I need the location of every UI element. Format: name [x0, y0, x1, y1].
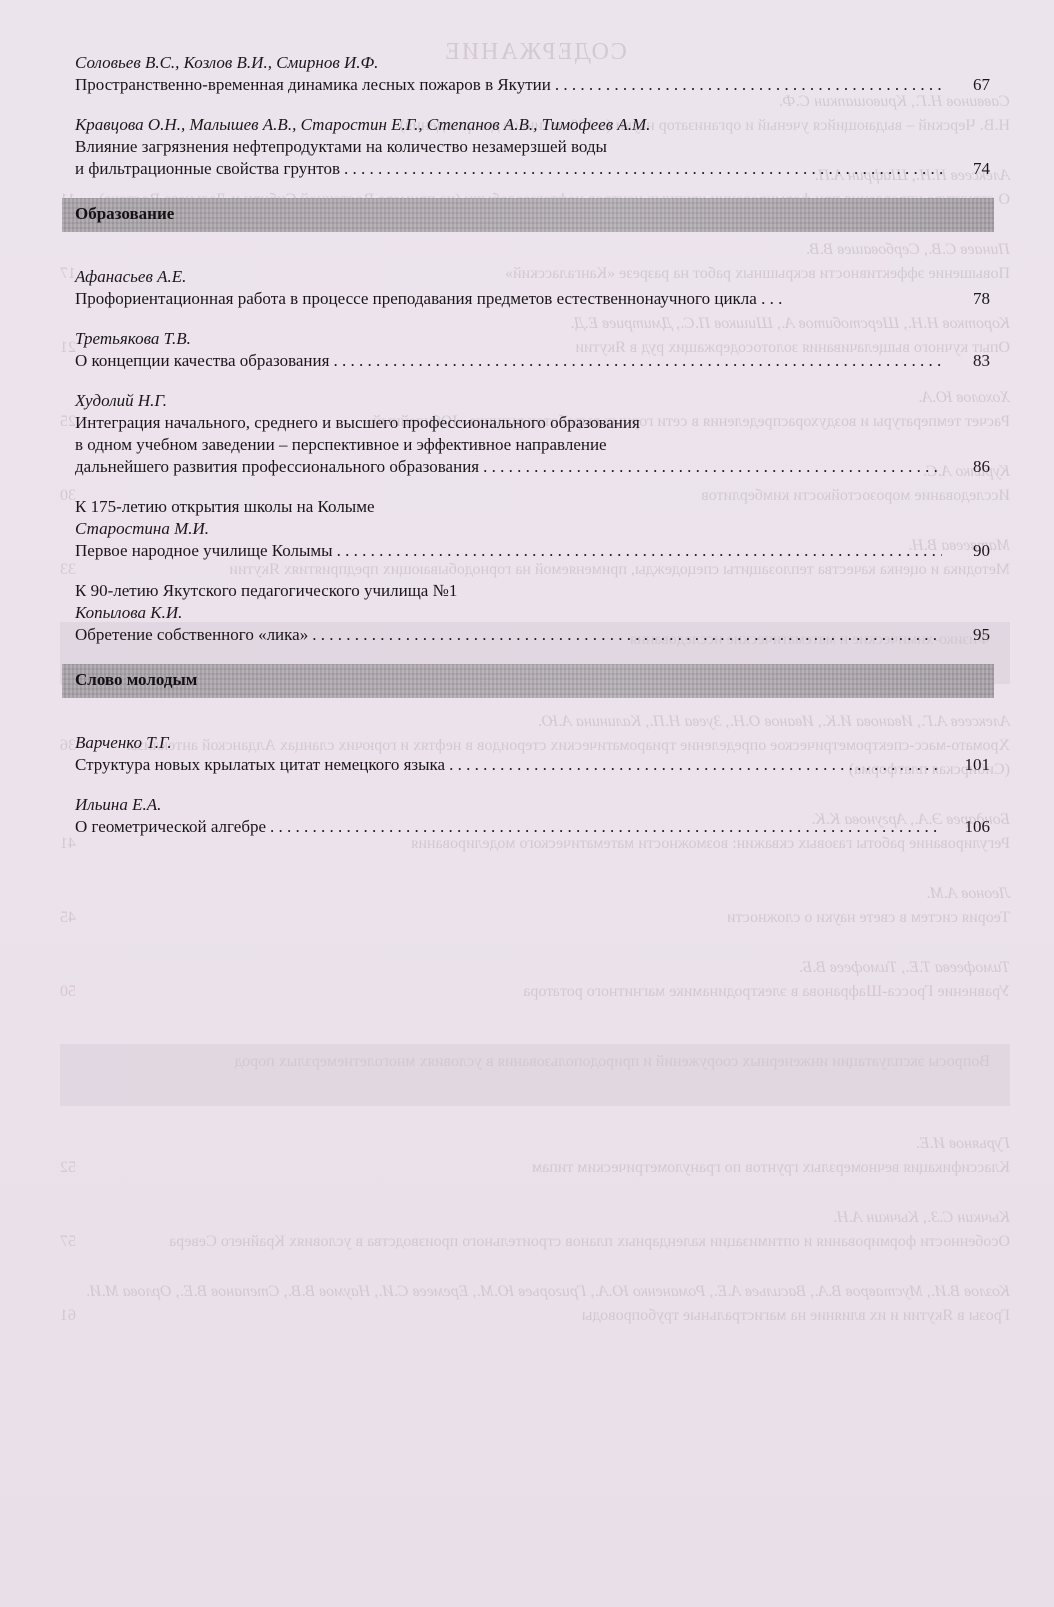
entry-title-text: О концепции качества образования — [75, 350, 329, 372]
show-through-title-line: Грозы в Якутии и их влияние на магистрал… — [60, 1304, 1010, 1328]
show-through-authors: Кычкин С.З., Кычкин А.Н. — [60, 1206, 1010, 1230]
entry-authors: Худолий Н.Г. — [75, 390, 990, 412]
spacer — [76, 906, 727, 930]
show-through-text: Уравнение Гросса-Шафранова в электродина… — [523, 980, 1010, 1004]
entry-pretitle: К 90-летию Якутского педагогического учи… — [75, 580, 990, 602]
spacer — [76, 980, 523, 1004]
show-through-page: 50 — [60, 980, 76, 1004]
show-through-page: 30 — [60, 484, 76, 508]
entry-page-number: 78 — [946, 288, 990, 310]
entry-title-text: Структура новых крылатых цитат немецкого… — [75, 754, 445, 776]
dot-leader — [333, 350, 942, 372]
entry-authors: Кравцова О.Н., Малышев А.В., Старостин Е… — [75, 114, 990, 136]
entry-title-text: в одном учебном заведении – перспективно… — [75, 434, 607, 456]
entry-title-text: и фильтрационные свойства грунтов — [75, 158, 340, 180]
document-page: СОДЕРЖАНИЕСаввинов Н.Г., Кривошапкин С.Ф… — [0, 0, 1054, 1607]
entry-page-number: 86 — [946, 456, 990, 478]
toc-entry: Ильина Е.А.О геометрической алгебре106 — [75, 794, 990, 838]
show-through-page: 52 — [60, 1156, 76, 1180]
entry-title-text: Обретение собственного «лика» — [75, 624, 308, 646]
entry-title-line: Влияние загрязнения нефтепродуктами на к… — [75, 136, 990, 158]
entry-page-number: 67 — [946, 74, 990, 96]
toc-entry: Третьякова Т.В.О концепции качества обра… — [75, 328, 990, 372]
entry-authors: Ильина Е.А. — [75, 794, 990, 816]
show-through-title-line: Классификация вечномерзлых грунтов по гр… — [60, 1156, 1010, 1180]
toc-entry: Варченко Т.Г.Структура новых крылатых ци… — [75, 732, 990, 776]
show-through-entry: Леонов А.М.Теория систем в свете науки о… — [60, 882, 1010, 930]
toc-entry: К 175-летию открытия школы на КолымеСтар… — [75, 496, 990, 562]
dot-leader — [555, 74, 942, 96]
entry-title-line: Интеграция начального, среднего и высшег… — [75, 412, 990, 434]
entry-authors: Копылова К.И. — [75, 602, 990, 624]
entry-title-text: Пространственно-временная динамика лесны… — [75, 74, 551, 96]
entry-title-line: Пространственно-временная динамика лесны… — [75, 74, 990, 96]
show-through-authors: Козлов В.И., Муставров В.А., Васильев А.… — [60, 1280, 1010, 1304]
show-through-text: Особенности формирования и оптимизации к… — [169, 1230, 1010, 1254]
entry-title-text: Профориентационная работа в процессе пре… — [75, 288, 782, 310]
show-through-text: Грозы в Якутии и их влияние на магистрал… — [582, 1304, 1010, 1328]
entry-title-line: дальнейшего развития профессионального о… — [75, 456, 990, 478]
entry-page-number: 74 — [946, 158, 990, 180]
show-through-band: Вопросы эксплуатации инженерных сооружен… — [60, 1044, 1010, 1106]
show-through-title-line: Теория систем в свете науки о сложности4… — [60, 906, 1010, 930]
table-of-contents: Соловьев В.С., Козлов В.И., Смирнов И.Ф.… — [75, 52, 990, 856]
entry-authors: Варченко Т.Г. — [75, 732, 990, 754]
toc-entry: К 90-летию Якутского педагогического учи… — [75, 580, 990, 646]
entry-page-number: 95 — [946, 624, 990, 646]
show-through-page: 25 — [60, 410, 76, 434]
show-through-entry: Кычкин С.З., Кычкин А.Н.Особенности форм… — [60, 1206, 1010, 1254]
entry-title-text: Интеграция начального, среднего и высшег… — [75, 412, 640, 434]
show-through-page: 45 — [60, 906, 76, 930]
show-through-page: 36 — [60, 734, 76, 782]
entry-authors: Афанасьев А.Е. — [75, 266, 990, 288]
show-through-authors: Гурьянов И.Е. — [60, 1132, 1010, 1156]
show-through-title-line: Особенности формирования и оптимизации к… — [60, 1230, 1010, 1254]
entry-title-line: Профориентационная работа в процессе пре… — [75, 288, 990, 310]
spacer — [76, 1156, 532, 1180]
spacer — [76, 1304, 582, 1328]
dot-leader — [270, 816, 942, 838]
toc-entry: Афанасьев А.Е.Профориентационная работа … — [75, 266, 990, 310]
show-through-text: Теория систем в свете науки о сложности — [727, 906, 1010, 930]
show-through-entry: Гурьянов И.Е.Классификация вечномерзлых … — [60, 1132, 1010, 1180]
entry-title-line: и фильтрационные свойства грунтов74 — [75, 158, 990, 180]
entry-page-number: 83 — [946, 350, 990, 372]
show-through-authors: Тимофеева Т.Е., Тимофеев В.Б. — [60, 956, 1010, 980]
entry-title-text: Влияние загрязнения нефтепродуктами на к… — [75, 136, 607, 158]
toc-entry: Соловьев В.С., Козлов В.И., Смирнов И.Ф.… — [75, 52, 990, 96]
entry-title-line: О геометрической алгебре106 — [75, 816, 990, 838]
show-through-page: 33 — [60, 558, 76, 582]
entry-title-line: в одном учебном заведении – перспективно… — [75, 434, 990, 456]
dot-leader — [337, 540, 942, 562]
entry-pretitle: К 175-летию открытия школы на Колыме — [75, 496, 990, 518]
entry-title-text: О геометрической алгебре — [75, 816, 266, 838]
dot-leader — [483, 456, 942, 478]
toc-entry: Худолий Н.Г.Интеграция начального, средн… — [75, 390, 990, 478]
show-through-title-line: Уравнение Гросса-Шафранова в электродина… — [60, 980, 1010, 1004]
toc-entry: Кравцова О.Н., Малышев А.В., Старостин Е… — [75, 114, 990, 180]
show-through-authors: Леонов А.М. — [60, 882, 1010, 906]
show-through-text: Классификация вечномерзлых грунтов по гр… — [532, 1156, 1010, 1180]
entry-title-line: Структура новых крылатых цитат немецкого… — [75, 754, 990, 776]
show-through-page: 41 — [60, 832, 76, 856]
dot-leader — [312, 624, 942, 646]
entry-title-text: Первое народное училище Колымы — [75, 540, 333, 562]
entry-title-line: О концепции качества образования83 — [75, 350, 990, 372]
dot-leader — [344, 158, 942, 180]
section-header-band: Образование — [62, 198, 994, 232]
entry-authors: Третьякова Т.В. — [75, 328, 990, 350]
section-header-label: Слово молодым — [75, 669, 197, 691]
section-header-label: Образование — [75, 203, 174, 225]
entry-page-number: 106 — [946, 816, 990, 838]
entry-title-line: Обретение собственного «лика»95 — [75, 624, 990, 646]
dot-leader — [449, 754, 942, 776]
entry-authors: Соловьев В.С., Козлов В.И., Смирнов И.Ф. — [75, 52, 990, 74]
entry-authors: Старостина М.И. — [75, 518, 990, 540]
show-through-page: 57 — [60, 1230, 76, 1254]
show-through-page: 17 — [60, 262, 76, 286]
entry-title-line: Первое народное училище Колымы90 — [75, 540, 990, 562]
spacer — [76, 1230, 169, 1254]
show-through-entry: Козлов В.И., Муставров В.А., Васильев А.… — [60, 1280, 1010, 1328]
entry-title-text: дальнейшего развития профессионального о… — [75, 456, 479, 478]
show-through-entry: Тимофеева Т.Е., Тимофеев В.Б.Уравнение Г… — [60, 956, 1010, 1004]
show-through-page: 61 — [60, 1304, 76, 1328]
entry-page-number: 90 — [946, 540, 990, 562]
entry-page-number: 101 — [946, 754, 990, 776]
section-header-band: Слово молодым — [62, 664, 994, 698]
show-through-page: 21 — [60, 336, 76, 360]
